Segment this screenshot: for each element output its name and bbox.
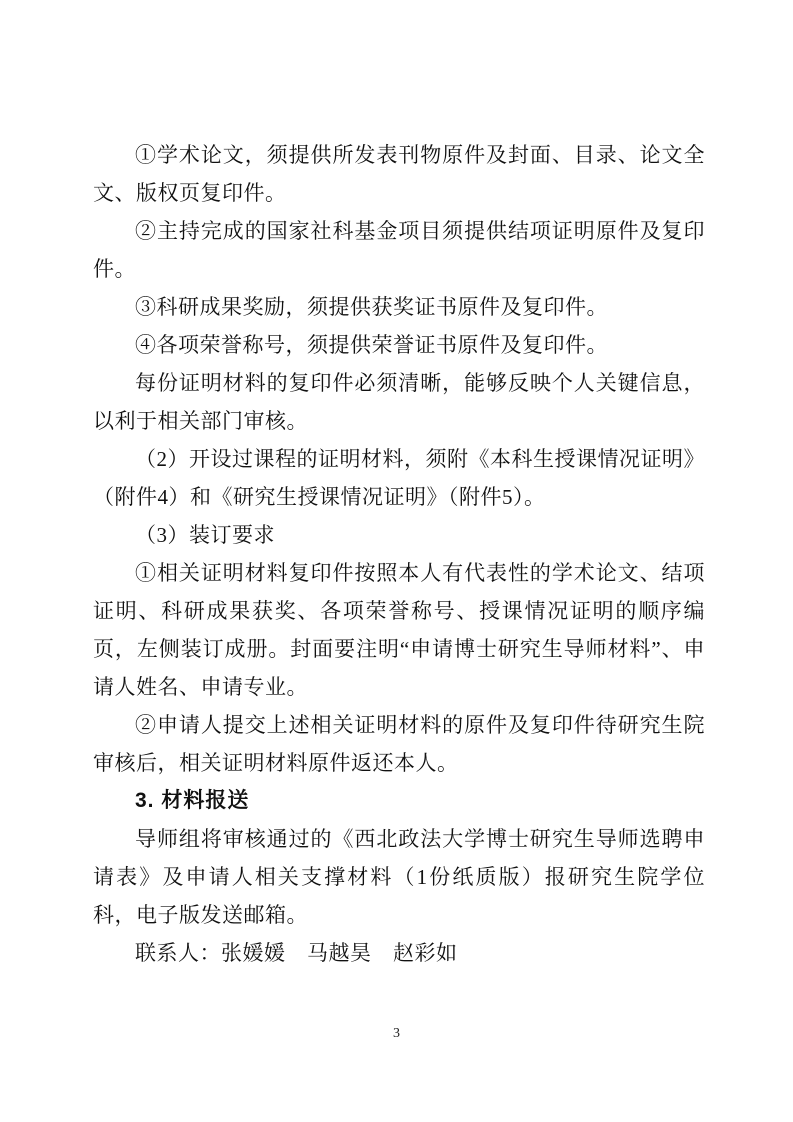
paragraph-binding-requirements-title: （3）装订要求 <box>93 516 705 554</box>
paragraph-research-awards: ③科研成果奖励，须提供获奖证书原件及复印件。 <box>93 288 705 326</box>
paragraph-submission-process: 导师组将审核通过的《西北政法大学博士研究生导师选聘申请表》及申请人相关支撑材料（… <box>93 820 705 934</box>
section-heading-material-submission: 3. 材料报送 <box>93 782 705 820</box>
paragraph-nssf-projects: ②主持完成的国家社科基金项目须提供结项证明原件及复印件。 <box>93 212 705 288</box>
paragraph-honorary-titles: ④各项荣誉称号，须提供荣誉证书原件及复印件。 <box>93 326 705 364</box>
document-body: ①学术论文，须提供所发表刊物原件及封面、目录、论文全文、版权页复印件。 ②主持完… <box>93 136 705 972</box>
paragraph-originals-return: ②申请人提交上述相关证明材料的原件及复印件待研究生院审核后，相关证明材料原件返还… <box>93 706 705 782</box>
paragraph-binding-order: ①相关证明材料复印件按照本人有代表性的学术论文、结项证明、科研成果获奖、各项荣誉… <box>93 554 705 706</box>
paragraph-copy-clarity: 每份证明材料的复印件必须清晰，能够反映个人关键信息，以利于相关部门审核。 <box>93 364 705 440</box>
page-footer: 3 <box>0 1024 793 1042</box>
document-page: ①学术论文，须提供所发表刊物原件及封面、目录、论文全文、版权页复印件。 ②主持完… <box>0 0 793 1122</box>
paragraph-contacts: 联系人：张媛媛 马越昊 赵彩如 <box>93 934 705 972</box>
page-number: 3 <box>393 1026 400 1041</box>
paragraph-course-certificates: （2）开设过课程的证明材料，须附《本科生授课情况证明》（附件4）和《研究生授课情… <box>93 440 705 516</box>
paragraph-academic-papers: ①学术论文，须提供所发表刊物原件及封面、目录、论文全文、版权页复印件。 <box>93 136 705 212</box>
